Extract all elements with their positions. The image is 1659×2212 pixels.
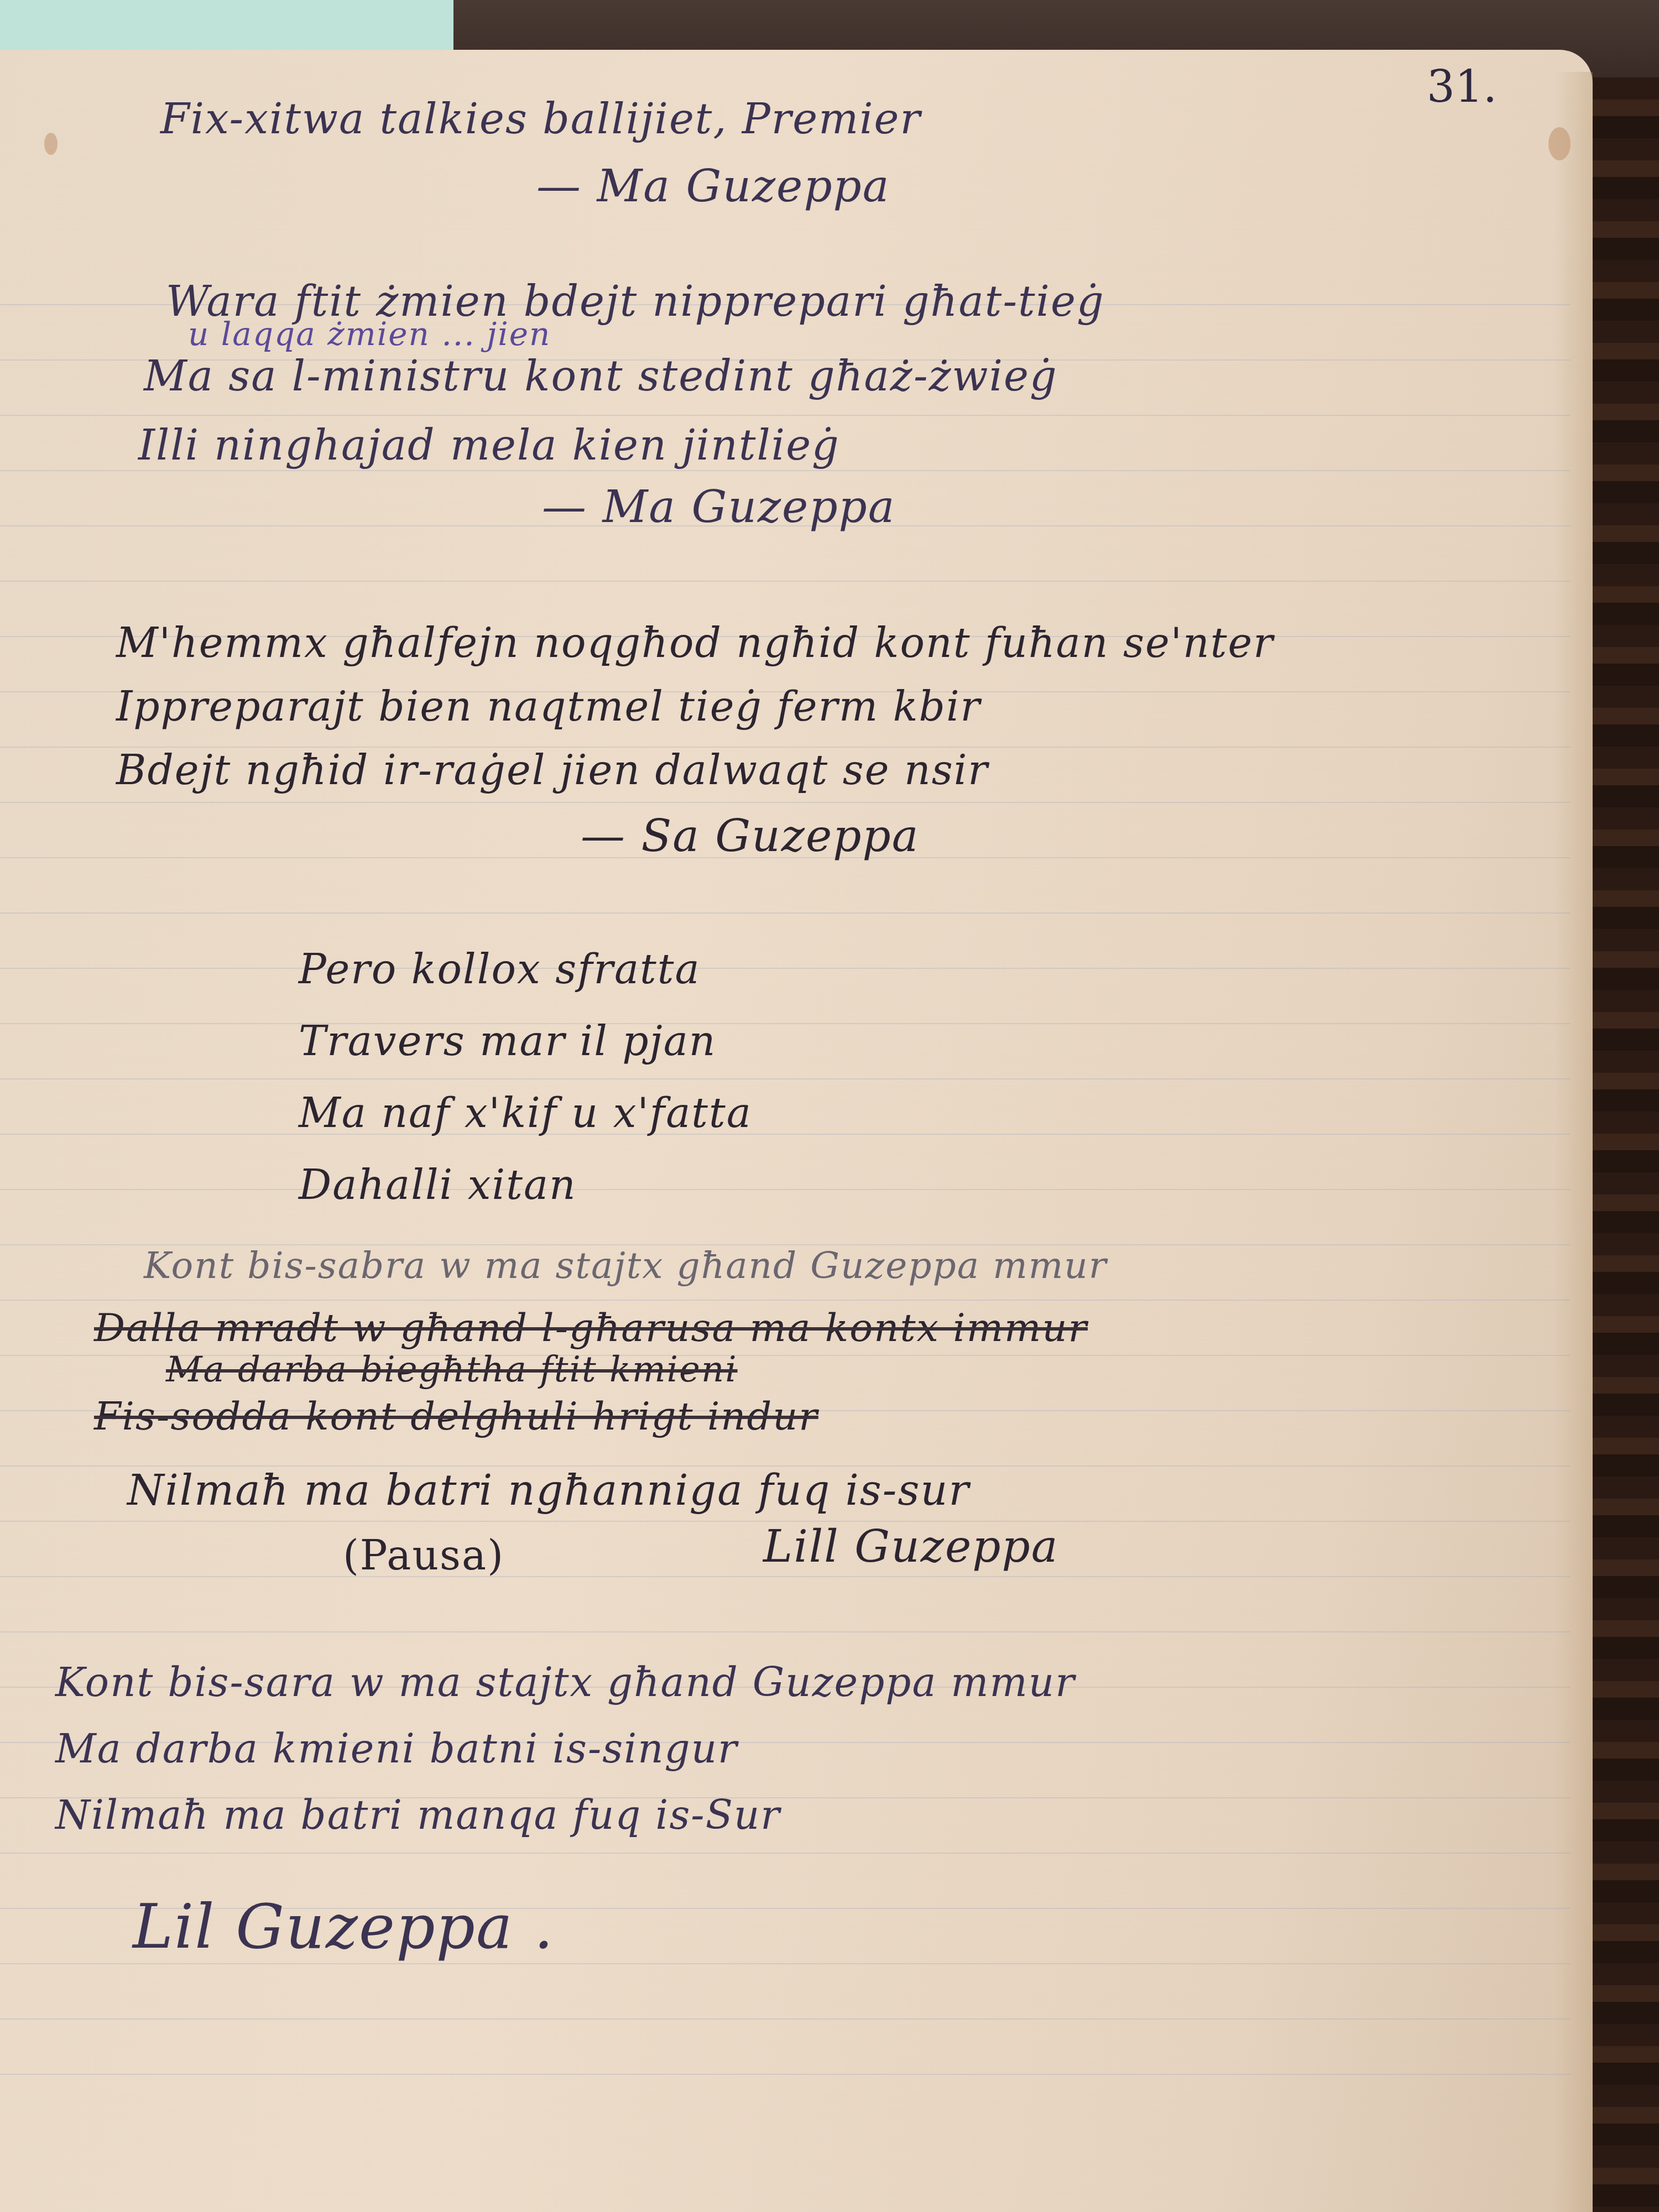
corner-tear [1548, 127, 1571, 160]
stanza-2-refrain: — Sa Guzeppa [581, 810, 919, 862]
background-wood-edge [1593, 77, 1659, 2212]
struck-line-2: Ma darba biegħtha ftit kmieni [166, 1349, 738, 1390]
stanza-4-line-1: Nilmaħ ma batri ngħanniga fuq is-sur [127, 1465, 970, 1515]
stanza-1-line-4: Illi ninghajad mela kien jintlieġ [138, 420, 840, 469]
ruled-line [0, 968, 1571, 969]
title-line-1: Fix-xitwa talkies ballijiet, Premier [160, 94, 921, 143]
stanza-3-line-3: Ma naf x'kif u x'fatta [299, 1089, 752, 1137]
page-number: 31. [1427, 61, 1497, 112]
ruled-line [0, 1189, 1571, 1190]
ruled-line [0, 1078, 1571, 1079]
stanza-3-line-2: Travers mar il pjan [299, 1018, 716, 1065]
stanza-5-line-2: Ma darba kmieni batni is-singur [55, 1725, 738, 1772]
struck-line-1: Dalla mradt w għand l-għarusa ma kontx i… [94, 1305, 1088, 1350]
ink-stain [44, 133, 58, 155]
ruled-line [0, 1963, 1571, 1964]
ruled-line [0, 470, 1571, 471]
pause-note: (Pausa) [343, 1532, 504, 1579]
stanza-2-line-3: Bdejt ngħid ir-raġel jien dalwaqt se nsi… [116, 747, 989, 794]
stanza-1-line-3: Ma sa l-ministru kont stedint għaż-żwieġ [144, 351, 1058, 400]
stanza-2-line-1: M'hemmx għalfejn noqgħod ngħid kont fuħa… [116, 619, 1274, 667]
title-line-2: — Ma Guzeppa [536, 160, 890, 212]
ruled-line [0, 1853, 1571, 1854]
stanza-1-line-1: Wara ftit żmien bdejt nipprepari għat-ti… [166, 276, 1105, 326]
stanza-3-line-4: Dahalli xitan [299, 1161, 577, 1209]
ruled-line [0, 1576, 1571, 1577]
stanza-5-refrain: Lil Guzeppa . [133, 1891, 554, 1962]
ruled-line [0, 581, 1571, 582]
ruled-line [0, 912, 1571, 914]
ruled-line [0, 2018, 1571, 2020]
ruled-line [0, 802, 1571, 803]
ruled-line [0, 415, 1571, 416]
stanza-5-line-3: Nilmaħ ma batri manqa fuq is-Sur [55, 1792, 781, 1838]
ruled-line [0, 1134, 1571, 1135]
ruled-line [0, 1300, 1571, 1301]
stanza-2-line-2: Ippreparajt bien naqtmel tieġ ferm kbir [116, 683, 981, 731]
ruled-line [0, 1631, 1571, 1632]
stanza-4-refrain: Lill Guzeppa [763, 1521, 1058, 1572]
stanza-5-line-1: Kont bis-sara w ma stajtx għand Guzeppa … [55, 1659, 1076, 1705]
stanza-3-line-1: Pero kollox sfratta [299, 946, 701, 993]
pencil-draft-line: Kont bis-sabra w ma stajtx għand Guzeppa… [144, 1244, 1107, 1287]
struck-line-3: Fis-sodda kont delghuli hrigt indur [94, 1394, 818, 1439]
background-card [0, 0, 453, 53]
ruled-line [0, 2074, 1571, 2075]
ruled-line [0, 1023, 1571, 1024]
stanza-1-refrain: — Ma Guzeppa [542, 481, 896, 533]
